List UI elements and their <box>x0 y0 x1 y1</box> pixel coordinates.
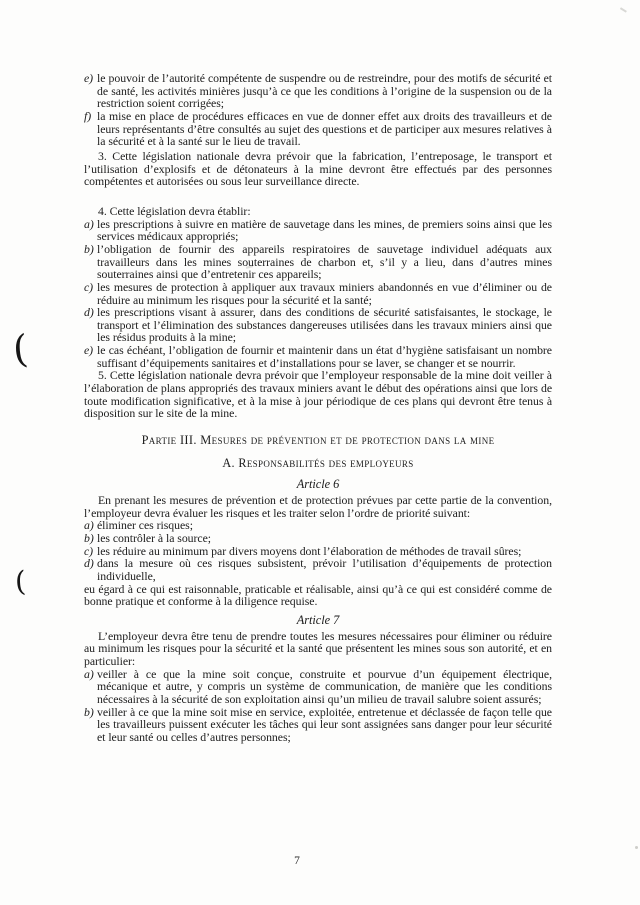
page-body-text: e) le pouvoir de l’autorité compétente d… <box>84 72 552 744</box>
clause-item-4b: b) l’obligation de fournir des appareils… <box>84 243 552 281</box>
clause-text: les prescriptions visant à assurer, dans… <box>97 306 552 344</box>
clause-item-4c: c) les mesures de protection à appliquer… <box>84 281 552 306</box>
clause-marker: c) <box>84 281 97 306</box>
scan-artifact <box>635 846 638 849</box>
clause-item-4e: e) le cas échéant, l’obligation de fourn… <box>84 344 552 369</box>
scan-artifact <box>620 7 627 12</box>
clause-text: veiller à ce que la mine soit mise en se… <box>97 706 552 744</box>
clause-item-6b: b) les contrôler à la source; <box>84 532 552 545</box>
section-heading: A. Responsabilités des employeurs <box>84 457 552 470</box>
clause-item-f: f) la mise en place de procédures effica… <box>84 110 552 148</box>
clause-marker: e) <box>84 72 97 110</box>
part-heading: Partie III. Mesures de prévention et de … <box>84 434 552 447</box>
clause-text: dans la mesure où ces risques subsistent… <box>97 557 552 582</box>
page-number: 7 <box>285 855 309 867</box>
clause-marker: b) <box>84 532 97 545</box>
clause-item-e: e) le pouvoir de l’autorité compétente d… <box>84 72 552 110</box>
handwritten-paren-mark: ( <box>14 568 26 597</box>
clause-marker: a) <box>84 668 97 706</box>
scanned-document-page: ( ( e) le pouvoir de l’autorité compéten… <box>0 0 640 905</box>
article-6-intro: En prenant les mesures de prévention et … <box>84 494 552 519</box>
article-7-title: Article 7 <box>84 614 552 627</box>
paragraph-3: 3. Cette législation nationale devra pré… <box>84 150 552 188</box>
article-6-outro: eu égard à ce qui est raisonnable, prati… <box>84 583 552 608</box>
clause-marker: b) <box>84 243 97 281</box>
clause-text: l’obligation de fournir des appareils re… <box>97 243 552 281</box>
clause-text: le pouvoir de l’autorité compétente de s… <box>97 72 552 110</box>
clause-item-4a: a) les prescriptions à suivre en matière… <box>84 218 552 243</box>
clause-marker: d) <box>84 306 97 344</box>
clause-text: les prescriptions à suivre en matière de… <box>97 218 552 243</box>
clause-marker: a) <box>84 218 97 243</box>
clause-marker: f) <box>84 110 97 148</box>
clause-text: les mesures de protection à appliquer au… <box>97 281 552 306</box>
article-6-title: Article 6 <box>84 478 552 491</box>
clause-item-4d: d) les prescriptions visant à assurer, d… <box>84 306 552 344</box>
clause-text: la mise en place de procédures efficaces… <box>97 110 552 148</box>
paragraph-4-intro: 4. Cette législation devra établir: <box>84 205 552 218</box>
clause-text: veiller à ce que la mine soit conçue, co… <box>97 668 552 706</box>
clause-item-6d: d) dans la mesure où ces risques subsist… <box>84 557 552 582</box>
paragraph-5: 5. Cette législation nationale devra pré… <box>84 369 552 420</box>
clause-item-7b: b) veiller à ce que la mine soit mise en… <box>84 706 552 744</box>
clause-item-7a: a) veiller à ce que la mine soit conçue,… <box>84 668 552 706</box>
clause-marker: e) <box>84 344 97 369</box>
clause-marker: b) <box>84 706 97 744</box>
clause-text: les contrôler à la source; <box>97 532 552 545</box>
clause-text: le cas échéant, l’obligation de fournir … <box>97 344 552 369</box>
clause-marker: d) <box>84 557 97 582</box>
handwritten-paren-mark: ( <box>11 329 29 368</box>
article-7-intro: L’employeur devra être tenu de prendre t… <box>84 630 552 668</box>
